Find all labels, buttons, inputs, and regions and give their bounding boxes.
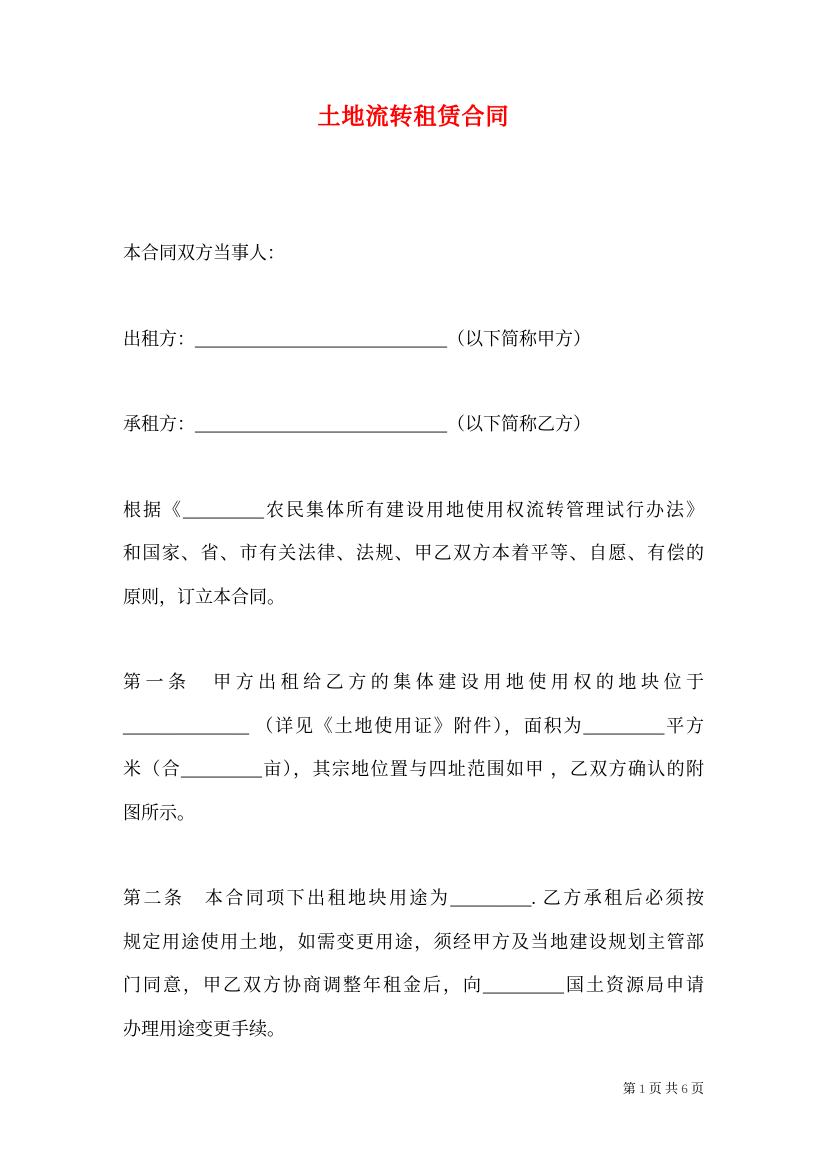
legal-basis-paragraph: 根据《_________农民集体所有建设用地使用权流转管理试行办法》 和国家、省…: [123, 489, 704, 620]
lessor-line-content: 出租方：____________________________（以下简称甲方）: [123, 318, 704, 362]
article-2-line-3: 门同意，甲乙双方协商调整年租金后，向_________国土资源局申请: [123, 964, 704, 1008]
lessor-line: 出租方：____________________________（以下简称甲方）: [123, 318, 704, 362]
footer-page-prefix: 第: [623, 1081, 639, 1096]
article-1-paragraph: 第一条 甲方出租给乙方的集体建设用地使用权的地块位于 _____________…: [123, 661, 704, 835]
article-2-paragraph: 第二条 本合同项下出租地块用途为_________. 乙方承租后必须按 规定用途…: [123, 877, 704, 1051]
lessee-line: 承租方：____________________________（以下简称乙方）: [123, 403, 704, 447]
legal-basis-line-3: 原则，订立本合同。: [123, 576, 704, 620]
parties-intro-paragraph: 本合同双方当事人：: [123, 232, 704, 276]
parties-intro-text: 本合同双方当事人：: [123, 232, 704, 276]
article-1-line-2: ______________ （详见《土地使用证》附件），面积为________…: [123, 705, 704, 749]
article-2-line-2: 规定用途使用土地，如需变更用途，须经甲方及当地建设规划主管部: [123, 921, 704, 965]
legal-basis-line-1: 根据《_________农民集体所有建设用地使用权流转管理试行办法》: [123, 489, 704, 533]
article-1-line-1: 第一条 甲方出租给乙方的集体建设用地使用权的地块位于: [123, 661, 704, 705]
footer-page-middle: 页 共: [645, 1081, 681, 1096]
lessor-label: 出租方：: [123, 329, 195, 349]
lessee-line-content: 承租方：____________________________（以下简称乙方）: [123, 403, 704, 447]
lessee-label: 承租方：: [123, 414, 195, 434]
footer-page-suffix: 页: [688, 1081, 704, 1096]
legal-basis-line-2: 和国家、省、市有关法律、法规、甲乙双方本着平等、自愿、有偿的: [123, 532, 704, 576]
article-2-line-4: 办理用途变更手续。: [123, 1008, 704, 1052]
article-1-line-3: 米（合_________亩），其宗地位置与四址范围如甲 ，乙双方确认的附: [123, 748, 704, 792]
contract-document-page: 土地流转租赁合同 本合同双方当事人： 出租方：_________________…: [0, 0, 827, 1170]
lessor-alias-note: （以下简称甲方）: [447, 329, 591, 349]
article-1-line-4: 图所示。: [123, 792, 704, 836]
lessor-blank-field: ____________________________: [195, 329, 447, 349]
article-2-line-1: 第二条 本合同项下出租地块用途为_________. 乙方承租后必须按: [123, 877, 704, 921]
lessee-blank-field: ____________________________: [195, 414, 447, 434]
lessee-alias-note: （以下简称乙方）: [447, 414, 591, 434]
document-title: 土地流转租赁合同: [123, 100, 704, 133]
page-footer: 第 1 页 共 6 页: [623, 1081, 704, 1097]
